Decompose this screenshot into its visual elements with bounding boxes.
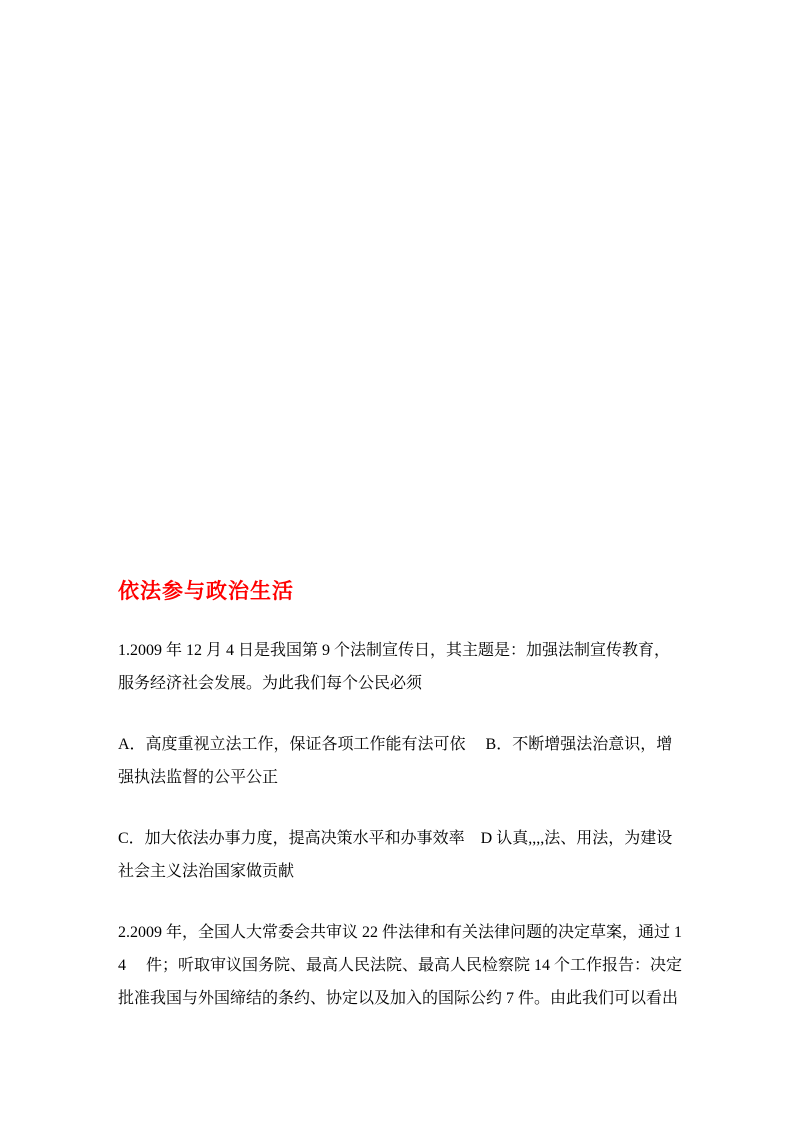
question-2-stem: 2.2009 年，全国人大常委会共审议 22 件法律和有关法律问题的决定草案，通… [118, 916, 682, 1015]
question-1-options-ab: A．高度重视立法工作，保证各项工作能有法可依 B．不断增强法治意识，增强执法监督… [118, 728, 682, 794]
document-title: 依法参与政治生活 [118, 576, 682, 606]
document-page: 依法参与政治生活 1.2009 年 12 月 4 日是我国第 9 个法制宣传日，… [0, 0, 794, 1123]
question-1-stem: 1.2009 年 12 月 4 日是我国第 9 个法制宣传日，其主题是：加强法制… [118, 634, 682, 700]
question-1-options-cd: C．加大依法办事力度，提高决策水平和办事效率 D 认真,,,,法、用法，为建设社… [118, 822, 682, 888]
